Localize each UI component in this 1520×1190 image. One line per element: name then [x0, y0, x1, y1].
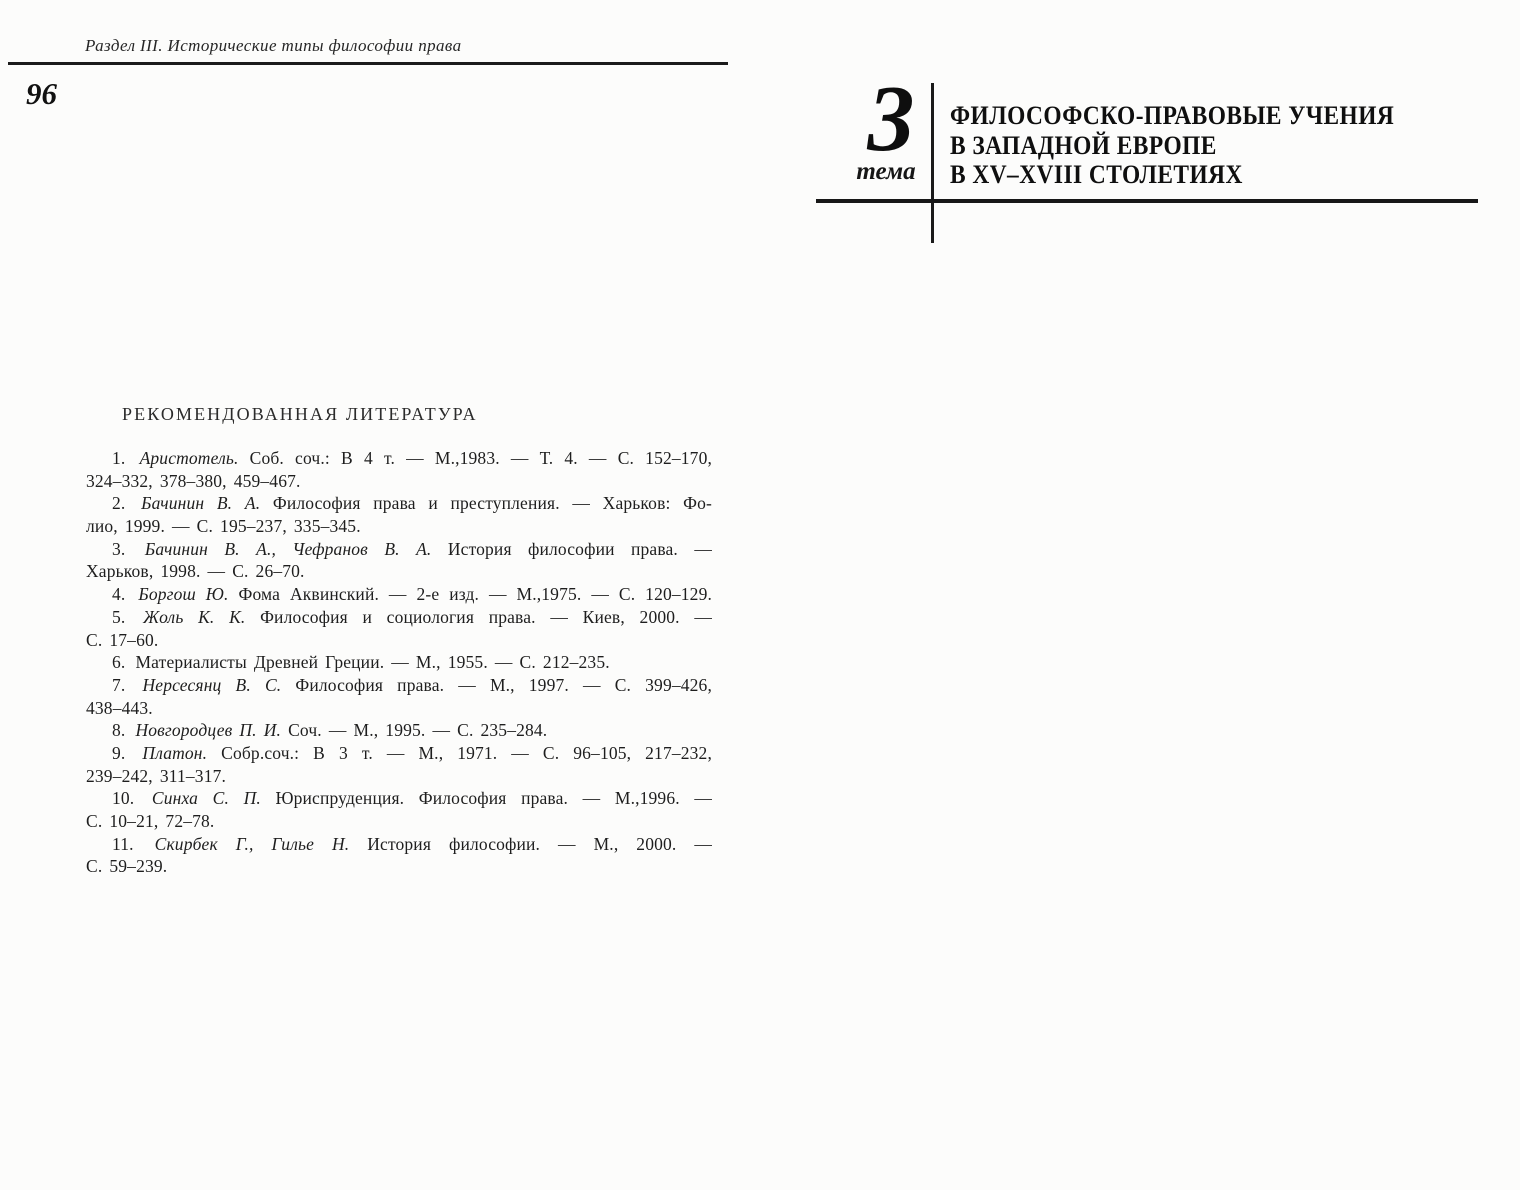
- reference-number: 7.: [112, 675, 125, 695]
- reference-number: 11.: [112, 834, 134, 854]
- reference-item: 4. Боргош Ю. Фома Аквинский. — 2-е изд. …: [86, 583, 712, 606]
- reference-author: Боргош Ю.: [138, 584, 228, 604]
- reference-line: 3. Бачинин В. А., Чефранов В. А. История…: [86, 538, 712, 561]
- reference-author: Платон.: [142, 743, 207, 763]
- chapter-title-line-1: ФИЛОСОФСКО-ПРАВОВЫЕ УЧЕНИЯ: [950, 101, 1394, 131]
- reference-text: Соч. — М., 1995. — С. 235–284.: [288, 720, 547, 740]
- reference-text: Философия права. — М., 1997. — С. 399–42…: [295, 675, 712, 695]
- reference-text: Фома Аквинский. — 2-е изд. — М.,1975. — …: [238, 584, 712, 604]
- reference-line: 6. Материалисты Древней Греции. — М., 19…: [86, 651, 712, 674]
- reference-text: Материалисты Древней Греции. — М., 1955.…: [135, 652, 609, 672]
- reference-line: 5. Жоль К. К. Философия и социология пра…: [86, 606, 712, 629]
- reference-number: 2.: [112, 493, 125, 513]
- reference-number: 9.: [112, 743, 125, 763]
- reference-number: 5.: [112, 607, 125, 627]
- reference-text: История философии. — М., 2000. —: [367, 834, 712, 854]
- reference-text: История философии права. —: [448, 539, 712, 559]
- chapter-title: ФИЛОСОФСКО-ПРАВОВЫЕ УЧЕНИЯ В ЗАПАДНОЙ ЕВ…: [950, 101, 1394, 190]
- reference-line: С. 10–21, 72–78.: [86, 810, 712, 833]
- reference-number: 8.: [112, 720, 125, 740]
- reference-item: 10. Синха С. П. Юриспруденция. Философия…: [86, 787, 712, 832]
- chapter-title-line-3: В XV–XVIII СТОЛЕТИЯХ: [950, 160, 1394, 190]
- reference-line: С. 59–239.: [86, 855, 712, 878]
- reference-text: Соб. соч.: В 4 т. — М.,1983. — Т. 4. — С…: [250, 448, 712, 468]
- reference-author: Бачинин В. А.: [141, 493, 260, 513]
- reference-line: 9. Платон. Собр.соч.: В 3 т. — М., 1971.…: [86, 742, 712, 765]
- reference-number: 4.: [112, 584, 125, 604]
- reference-line: лио, 1999. — С. 195–237, 335–345.: [86, 515, 712, 538]
- reference-line: 4. Боргош Ю. Фома Аквинский. — 2-е изд. …: [86, 583, 712, 606]
- reference-line: 2. Бачинин В. А. Философия права и прест…: [86, 492, 712, 515]
- reference-item: 7. Нерсесянц В. С. Философия права. — М.…: [86, 674, 712, 719]
- reference-item: 9. Платон. Собр.соч.: В 3 т. — М., 1971.…: [86, 742, 712, 787]
- reference-item: 1. Аристотель. Соб. соч.: В 4 т. — М.,19…: [86, 447, 712, 492]
- reference-line: 11. Скирбек Г., Гилье Н. История философ…: [86, 833, 712, 856]
- theme-divider-horizontal: [816, 199, 1478, 203]
- reference-item: 6. Материалисты Древней Греции. — М., 19…: [86, 651, 712, 674]
- book-spread: Раздел III. Исторические типы философии …: [0, 0, 1520, 1190]
- reference-text: Философия и социология права. — Киев, 20…: [260, 607, 712, 627]
- references-list: 1. Аристотель. Соб. соч.: В 4 т. — М.,19…: [86, 447, 712, 878]
- reference-author: Новгородцев П. И.: [135, 720, 281, 740]
- reference-line: 438–443.: [86, 697, 712, 720]
- running-header: Раздел III. Исторические типы философии …: [85, 36, 461, 56]
- section-heading: РЕКОМЕНДОВАННАЯ ЛИТЕРАТУРА: [122, 404, 478, 425]
- page-number: 96: [26, 76, 57, 112]
- chapter-title-line-2: В ЗАПАДНОЙ ЕВРОПЕ: [950, 131, 1394, 161]
- reference-number: 6.: [112, 652, 125, 672]
- reference-line: Харьков, 1998. — С. 26–70.: [86, 560, 712, 583]
- reference-item: 5. Жоль К. К. Философия и социология пра…: [86, 606, 712, 651]
- reference-item: 2. Бачинин В. А. Философия права и прест…: [86, 492, 712, 537]
- reference-item: 3. Бачинин В. А., Чефранов В. А. История…: [86, 538, 712, 583]
- reference-author: Скирбек Г., Гилье Н.: [155, 834, 350, 854]
- reference-author: Бачинин В. А., Чефранов В. А.: [145, 539, 432, 559]
- reference-number: 10.: [112, 788, 134, 808]
- reference-item: 11. Скирбек Г., Гилье Н. История философ…: [86, 833, 712, 878]
- reference-number: 3.: [112, 539, 125, 559]
- reference-author: Синха С. П.: [152, 788, 261, 808]
- theme-number: 3: [858, 72, 924, 166]
- header-rule: [8, 62, 728, 65]
- reference-number: 1.: [112, 448, 125, 468]
- reference-author: Аристотель.: [140, 448, 239, 468]
- reference-line: С. 17–60.: [86, 629, 712, 652]
- reference-line: 10. Синха С. П. Юриспруденция. Философия…: [86, 787, 712, 810]
- reference-line: 1. Аристотель. Соб. соч.: В 4 т. — М.,19…: [86, 447, 712, 470]
- reference-line: 239–242, 311–317.: [86, 765, 712, 788]
- reference-line: 324–332, 378–380, 459–467.: [86, 470, 712, 493]
- reference-author: Жоль К. К.: [143, 607, 245, 627]
- theme-label: тема: [848, 158, 924, 186]
- reference-line: 8. Новгородцев П. И. Соч. — М., 1995. — …: [86, 719, 712, 742]
- theme-divider-vertical: [931, 83, 934, 243]
- reference-line: 7. Нерсесянц В. С. Философия права. — М.…: [86, 674, 712, 697]
- reference-text: Собр.соч.: В 3 т. — М., 1971. — С. 96–10…: [221, 743, 712, 763]
- reference-item: 8. Новгородцев П. И. Соч. — М., 1995. — …: [86, 719, 712, 742]
- reference-text: Юриспруденция. Философия права. — М.,199…: [276, 788, 713, 808]
- reference-text: Философия права и преступления. — Харько…: [273, 493, 712, 513]
- reference-author: Нерсесянц В. С.: [143, 675, 282, 695]
